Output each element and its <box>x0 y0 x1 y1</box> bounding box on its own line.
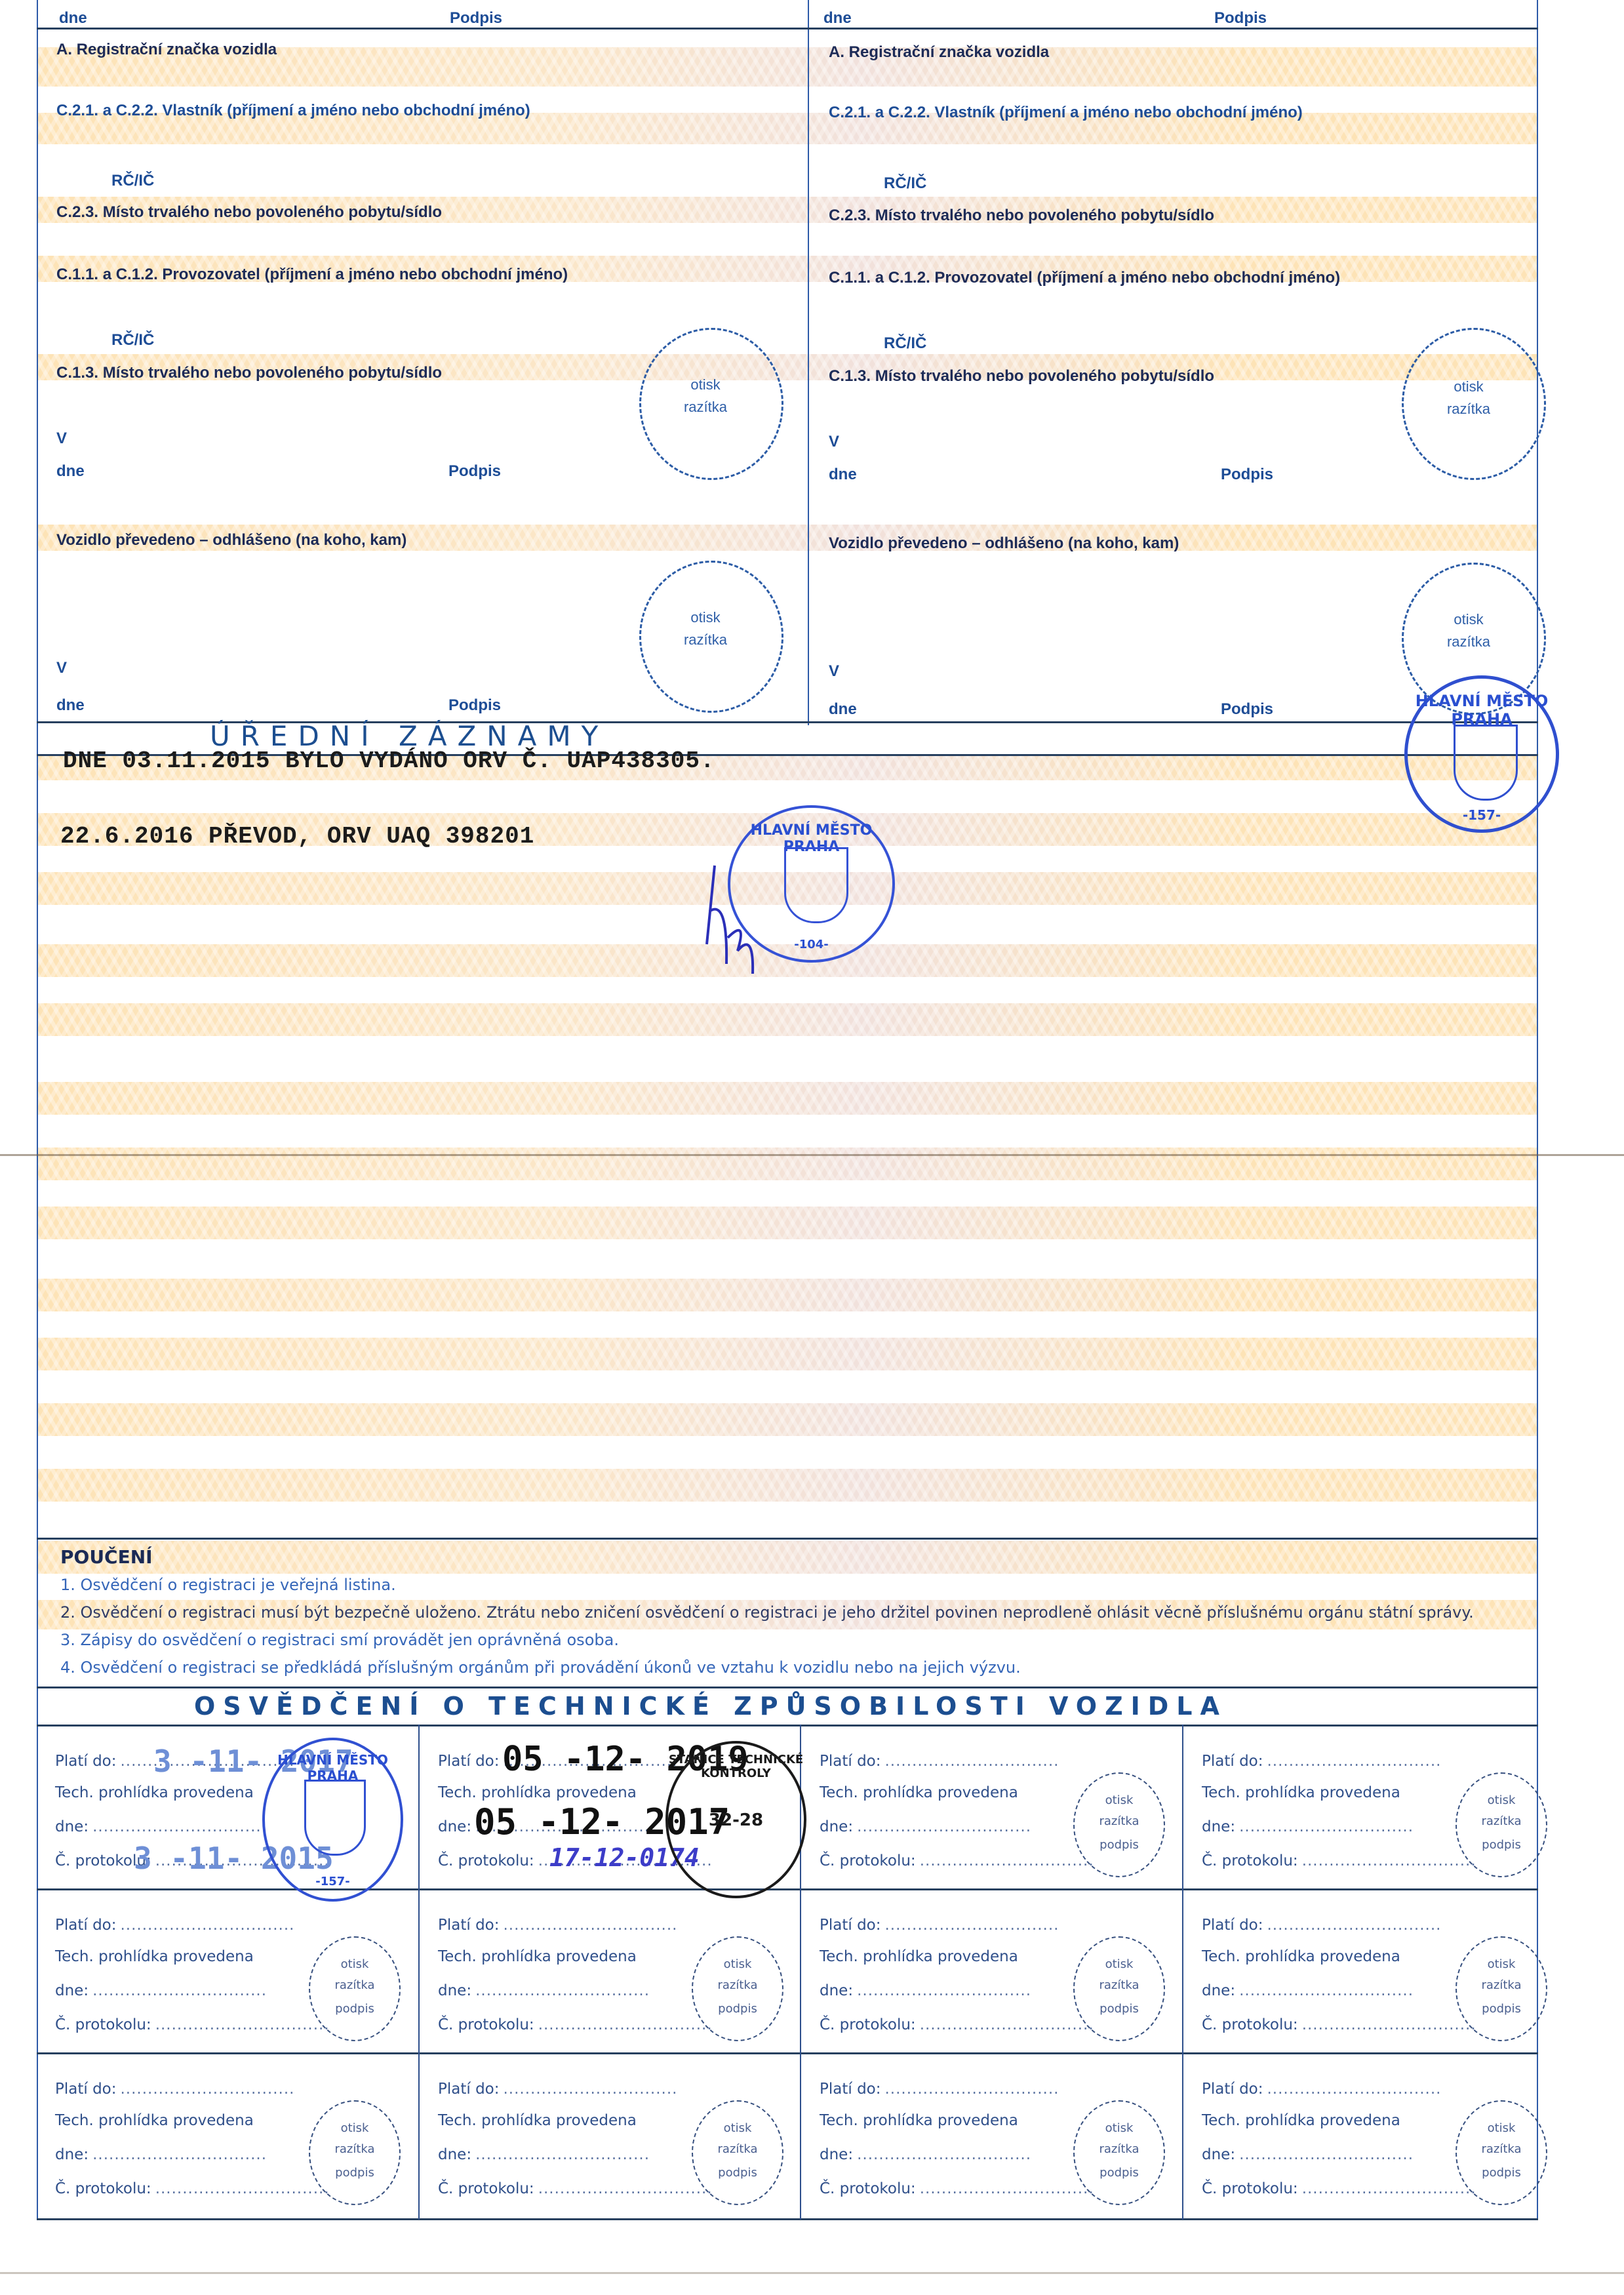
fill-in-dots: ................................ <box>1267 2081 1442 2098</box>
paper-fold-line <box>0 2272 1624 2274</box>
valid-until: Platí do:...............................… <box>55 1753 294 1770</box>
stamp-placeholder-text: razítka <box>1075 1978 1164 1992</box>
inspection-done-label: Tech. prohlídka provedena <box>820 2112 1018 2129</box>
stamp-placeholder-text: otisk razítka <box>1429 609 1508 653</box>
stamp-line-2: razítka <box>1429 631 1508 653</box>
inspection-cell: Platí do:...............................… <box>1183 1726 1566 1890</box>
fill-in-dots: ................................ <box>475 2146 650 2163</box>
fill-in-dots: ................................ <box>857 1818 1031 1835</box>
fill-in-dots: ................................ <box>1302 2016 1476 2033</box>
stamp-line-2: razítka <box>666 629 745 651</box>
operator-label: C.1.1. a C.1.2. Provozovatel (příjmení a… <box>829 269 1340 287</box>
owner-address-label: C.2.3. Místo trvalého nebo povoleného po… <box>56 203 442 222</box>
seal-text: STANICE TECHNICKÉ KONTROLY <box>668 1753 804 1780</box>
stamp-placeholder-text: otisk razítka <box>666 374 745 418</box>
stamp-signature-placeholder: otiskrazítkapodpis <box>1456 2100 1547 2205</box>
inspection-date: dne:................................ <box>1202 1818 1414 1835</box>
stamp-placeholder-text: razítka <box>1075 1814 1164 1828</box>
protocol-number: Č. protokolu:...........................… <box>1202 2180 1476 2197</box>
valid-until: Platí do:...............................… <box>55 2081 294 2098</box>
protocol-number: Č. protokolu:...........................… <box>820 2180 1094 2197</box>
band <box>37 1147 1538 1180</box>
operator-address-label: C.1.3. Místo trvalého nebo povoleného po… <box>829 367 1214 386</box>
inspection-date: dne:................................ <box>55 2146 267 2163</box>
valid-until-label: Platí do: <box>820 2081 881 2098</box>
inspection-date-label: dne: <box>55 1982 89 1999</box>
inspection-done: Tech. prohlídka provedena <box>1202 1784 1400 1801</box>
valid-until-label: Platí do: <box>438 2081 500 2098</box>
fill-in-dots: ................................ <box>885 2081 1060 2098</box>
stamp-placeholder-text: otisk <box>1457 1957 1546 1971</box>
inspection-done-label: Tech. prohlídka provedena <box>820 1784 1018 1801</box>
band <box>37 1403 1538 1436</box>
inspection-date: dne:................................ <box>55 1818 267 1835</box>
fill-in-dots: ................................ <box>1267 1753 1442 1770</box>
stamp-placeholder-text: razítka <box>310 2142 399 2156</box>
stamp-signature-placeholder: otiskrazítkapodpis <box>1073 1936 1165 2041</box>
fill-in-dots: ................................ <box>885 1753 1060 1770</box>
inspection-done-label: Tech. prohlídka provedena <box>1202 1948 1400 1965</box>
valid-until: Platí do:...............................… <box>1202 1753 1441 1770</box>
owner-label: C.2.1. a C.2.2. Vlastník (příjmení a jmé… <box>56 102 530 120</box>
inspection-date-label: dne: <box>55 2146 89 2163</box>
inspection-date-label: dne: <box>438 1818 471 1835</box>
transfer-label: Vozidlo převedeno – odhlášeno (na koho, … <box>56 531 406 549</box>
stamp-signature-placeholder: otiskrazítkapodpis <box>1073 2100 1165 2205</box>
inspection-date: dne:................................ <box>820 2146 1031 2163</box>
top-date-label: dne <box>59 9 87 28</box>
stamp-placeholder-text: podpis <box>1457 2166 1546 2180</box>
stamp-placeholder-text: otisk <box>310 1957 399 1971</box>
inspection-cell: Platí do:...............................… <box>801 1726 1184 1890</box>
seal-number: -157- <box>265 1875 401 1888</box>
divider <box>37 1686 1538 1688</box>
column-divider <box>808 0 809 725</box>
stamp-placeholder-text: otisk <box>1075 1793 1164 1807</box>
fill-in-dots: ................................ <box>1239 1982 1414 1999</box>
stamp-signature-placeholder: otiskrazítkapodpis <box>1456 1772 1547 1877</box>
fill-in-dots: ................................ <box>92 1982 267 1999</box>
record-entry: DNE 03.11.2015 BYLO VYDÁNO ORV Č. UAP438… <box>63 748 715 774</box>
protocol-number: Č. protokolu:...........................… <box>1202 2016 1476 2033</box>
stamp-placeholder-text: podpis <box>1457 2002 1546 2016</box>
band <box>37 1207 1538 1239</box>
protocol-number: Č. protokolu:...........................… <box>55 2180 330 2197</box>
valid-until-label: Platí do: <box>438 1917 500 1934</box>
stamp-placeholder-text: otisk razítka <box>1429 376 1508 420</box>
divider <box>37 2218 1538 2220</box>
stamp-signature-placeholder: otiskrazítkapodpis <box>1456 1936 1547 2041</box>
stamp-placeholder-text: podpis <box>693 2166 782 2180</box>
operator-address-label: C.1.3. Místo trvalého nebo povoleného po… <box>56 364 442 382</box>
stamp-signature-placeholder: otiskrazítkapodpis <box>1073 1772 1165 1877</box>
band <box>37 1082 1538 1115</box>
protocol-number-label: Č. protokolu: <box>438 1852 534 1869</box>
coat-of-arms-icon <box>1454 725 1518 801</box>
fill-in-dots: ................................ <box>538 2180 713 2197</box>
stamp-placeholder-text: podpis <box>1457 1838 1546 1852</box>
band <box>37 1279 1538 1311</box>
valid-until-label: Platí do: <box>55 2081 117 2098</box>
official-seal-prague: HLAVNÍ MĚSTO PRAHA -157- <box>1404 675 1559 833</box>
owner-label: C.2.1. a C.2.2. Vlastník (příjmení a jmé… <box>829 104 1303 122</box>
stamp-line-2: razítka <box>1429 398 1508 420</box>
protocol-number: Č. protokolu:...........................… <box>438 2016 713 2033</box>
inspection-done-label: Tech. prohlídka provedena <box>1202 1784 1400 1801</box>
date-label: dne <box>829 466 857 484</box>
inspection-done: Tech. prohlídka provedena <box>820 1948 1018 1965</box>
valid-until: Platí do:...............................… <box>438 2081 677 2098</box>
stamp-placeholder-text: otisk <box>1075 2121 1164 2135</box>
fill-in-dots: ................................ <box>920 2180 1094 2197</box>
vehicle-registration-certificate-page: dne Podpis dne Podpis A. Registrační zna… <box>0 0 1624 2295</box>
valid-until: Platí do:...............................… <box>438 1917 677 1934</box>
inspection-done-label: Tech. prohlídka provedena <box>438 1948 637 1965</box>
protocol-number-label: Č. protokolu: <box>820 1852 916 1869</box>
seal-text: HLAVNÍ MĚSTO PRAHA <box>265 1752 401 1784</box>
fill-in-dots: ................................ <box>885 1917 1060 1934</box>
valid-until: Platí do:...............................… <box>820 1753 1059 1770</box>
fill-in-dots: ................................ <box>475 1982 650 1999</box>
inspection-date: dne:................................ <box>1202 1982 1414 1999</box>
inspection-done-label: Tech. prohlídka provedena <box>55 2112 254 2129</box>
valid-until-label: Platí do: <box>820 1753 881 1770</box>
stamp-placeholder-text: podpis <box>1075 1838 1164 1852</box>
inspection-done: Tech. prohlídka provedena <box>55 2112 254 2129</box>
date-label: dne <box>56 462 85 481</box>
owner-address-label: C.2.3. Místo trvalého nebo povoleného po… <box>829 207 1214 225</box>
inspection-cell: Platí do:...............................… <box>1183 1890 1566 2054</box>
fill-in-dots: ................................ <box>920 1852 1094 1869</box>
signature-label: Podpis <box>448 462 501 481</box>
coat-of-arms-icon <box>784 847 848 923</box>
valid-until-label: Platí do: <box>1202 2081 1263 2098</box>
inspection-cell: Platí do:...............................… <box>420 2054 802 2218</box>
protocol-number: Č. protokolu:...........................… <box>55 2016 330 2033</box>
stamp-placeholder-text: razítka <box>1457 1814 1546 1828</box>
operator-id-label: RČ/IČ <box>884 334 926 353</box>
transfer-signature-label: Podpis <box>1221 700 1273 719</box>
valid-until-label: Platí do: <box>820 1917 881 1934</box>
fill-in-dots: ................................ <box>92 2146 267 2163</box>
inspection-date: dne:................................05 -… <box>438 1818 650 1835</box>
protocol-number-label: Č. protokolu: <box>820 2180 916 2197</box>
stamp-signature-placeholder: otiskrazítkapodpis <box>692 2100 783 2205</box>
fill-in-dots: ................................ <box>504 2081 678 2098</box>
inspection-date: dne:................................ <box>1202 2146 1414 2163</box>
fill-in-dots: ................................ <box>121 1917 295 1934</box>
coat-of-arms-icon <box>304 1780 366 1856</box>
inspection-date-label: dne: <box>1202 1982 1235 1999</box>
inspection-date: dne:................................ <box>438 1982 650 1999</box>
stamp-placeholder-text: otisk <box>1075 1957 1164 1971</box>
inspection-done-label: Tech. prohlídka provedena <box>55 1948 254 1965</box>
instructions-title: POUČENÍ <box>60 1546 153 1568</box>
stamp-placeholder-text: razítka <box>693 1978 782 1992</box>
inspection-date-label: dne: <box>55 1818 89 1835</box>
operator-label: C.1.1. a C.1.2. Provozovatel (příjmení a… <box>56 266 568 284</box>
inspection-done: Tech. prohlídka provedena <box>1202 2112 1400 2129</box>
inspection-date-label: dne: <box>820 1818 853 1835</box>
stamp-signature-placeholder: otiskrazítkapodpis <box>692 1936 783 2041</box>
inspection-cell: Platí do:...............................… <box>37 1890 420 2054</box>
inspection-date: dne:................................ <box>820 1982 1031 1999</box>
inspection-date-label: dne: <box>438 1982 471 1999</box>
stamp-line-2: razítka <box>666 396 745 418</box>
inspection-done: Tech. prohlídka provedena <box>438 2112 637 2129</box>
seal-text: HLAVNÍ MĚSTO PRAHA <box>1408 692 1556 728</box>
inspection-date: dne:................................ <box>55 1982 267 1999</box>
protocol-number: Č. protokolu:...........................… <box>438 2180 713 2197</box>
stamp-placeholder-text: podpis <box>310 2166 399 2180</box>
inspection-done: Tech. prohlídka provedena <box>820 1784 1018 1801</box>
stamp-placeholder-text: razítka <box>1075 2142 1164 2156</box>
place-label: V <box>56 429 67 448</box>
stamp-line-1: otisk <box>1429 376 1508 398</box>
stamp-placeholder-text: otisk <box>310 2121 399 2135</box>
stamp-line-1: otisk <box>1429 609 1508 631</box>
technical-inspection-station-seal: STANICE TECHNICKÉ KONTROLY 32-28 <box>665 1741 806 1898</box>
valid-until-label: Platí do: <box>55 1917 117 1934</box>
inspection-done-label: Tech. prohlídka provedena <box>1202 2112 1400 2129</box>
band <box>37 1338 1538 1370</box>
stamp-placeholder-text: otisk <box>1457 2121 1546 2135</box>
fill-in-dots: ................................ <box>857 1982 1031 1999</box>
place-label: V <box>829 433 839 451</box>
inspection-date-label: dne: <box>1202 2146 1235 2163</box>
valid-until-label: Platí do: <box>1202 1917 1263 1934</box>
seal-number: 32-28 <box>668 1810 804 1830</box>
fill-in-dots: ................................ <box>121 2081 295 2098</box>
protocol-number-label: Č. protokolu: <box>438 2016 534 2033</box>
protocol-number: Č. protokolu:...........................… <box>438 1852 713 1869</box>
official-seal-prague: HLAVNÍ MĚSTO PRAHA -157- <box>262 1738 403 1902</box>
inspection-done: Tech. prohlídka provedena <box>820 2112 1018 2129</box>
top-signature-label: Podpis <box>1214 9 1267 28</box>
stamp-placeholder-text: podpis <box>1075 2002 1164 2016</box>
protocol-number-label: Č. protokolu: <box>55 2180 151 2197</box>
stamp-placeholder-text: otisk razítka <box>666 607 745 651</box>
paper-fold-line <box>0 1154 1624 1156</box>
registration-plate-label: A. Registrační značka vozidla <box>829 43 1049 62</box>
inspection-date-label: dne: <box>438 2146 471 2163</box>
transfer-place-label: V <box>56 659 67 677</box>
signature-label: Podpis <box>1221 466 1273 484</box>
inspection-done: Tech. prohlídka provedena <box>438 1948 637 1965</box>
stamp-signature-placeholder: otiskrazítkapodpis <box>309 2100 401 2205</box>
fill-in-dots: ................................ <box>504 1917 678 1934</box>
stamp-placeholder-text: podpis <box>693 2002 782 2016</box>
divider <box>37 28 1538 30</box>
protocol-number: Č. protokolu:...........................… <box>820 2016 1094 2033</box>
valid-until: Platí do:...............................… <box>438 1753 677 1770</box>
fill-in-dots: ................................ <box>155 2180 330 2197</box>
inspection-done: Tech. prohlídka provedena <box>438 1784 637 1801</box>
stamp-placeholder-text: podpis <box>310 2002 399 2016</box>
transfer-label: Vozidlo převedeno – odhlášeno (na koho, … <box>829 534 1179 553</box>
fill-in-dots: ................................ <box>1239 2146 1414 2163</box>
owner-id-label: RČ/IČ <box>111 172 154 190</box>
inspection-done-label: Tech. prohlídka provedena <box>820 1948 1018 1965</box>
stamp-placeholder-text: otisk <box>693 1957 782 1971</box>
stamp-signature-placeholder: otiskrazítkapodpis <box>309 1936 401 2041</box>
band <box>37 1003 1538 1036</box>
fill-in-dots: ................................ <box>538 2016 713 2033</box>
seal-number: -157- <box>1408 807 1556 823</box>
fill-in-dots: ................................ <box>1302 1852 1476 1869</box>
protocol-number-label: Č. protokolu: <box>1202 1852 1298 1869</box>
inspection-date: dne:................................ <box>438 2146 650 2163</box>
valid-until: Platí do:...............................… <box>1202 1917 1441 1934</box>
transfer-date-label: dne <box>56 696 85 715</box>
operator-id-label: RČ/IČ <box>111 331 154 349</box>
inspection-cell: Platí do:...............................… <box>801 1890 1184 2054</box>
instruction-item: 2. Osvědčení o registraci musí být bezpe… <box>60 1603 1474 1622</box>
top-signature-label: Podpis <box>450 9 502 28</box>
stamp-placeholder-text: razítka <box>1457 1978 1546 1992</box>
top-date-label: dne <box>823 9 852 28</box>
fill-in-dots: ................................ <box>1239 1818 1414 1835</box>
inspection-cell: Platí do:...............................… <box>1183 2054 1566 2218</box>
inspection-date-label: dne: <box>1202 1818 1235 1835</box>
fill-in-dots: ................................ <box>1267 1917 1442 1934</box>
registration-plate-label: A. Registrační značka vozidla <box>56 41 277 59</box>
valid-until: Platí do:...............................… <box>55 1917 294 1934</box>
inspection-cell: Platí do:...............................… <box>801 2054 1184 2218</box>
inspection-done-label: Tech. prohlídka provedena <box>438 1784 637 1801</box>
protocol-number: Č. protokolu:...........................… <box>1202 1852 1476 1869</box>
stamp-placeholder-text: razítka <box>1457 2142 1546 2156</box>
fill-in-dots: ................................ <box>155 2016 330 2033</box>
inspection-done: Tech. prohlídka provedena <box>55 1784 254 1801</box>
inspection-date: dne:................................ <box>820 1818 1031 1835</box>
protocol-number: Č. protokolu:...........................… <box>820 1852 1094 1869</box>
stamp-placeholder-text: razítka <box>693 2142 782 2156</box>
stamp-placeholder-text: podpis <box>1075 2166 1164 2180</box>
fill-in-dots: ................................ <box>92 1818 267 1835</box>
protocol-number-label: Č. protokolu: <box>1202 2016 1298 2033</box>
inspection-cell: Platí do:...............................… <box>37 2054 420 2218</box>
transfer-signature-label: Podpis <box>448 696 501 715</box>
instruction-item: 1. Osvědčení o registraci je veřejná lis… <box>60 1576 396 1594</box>
signature-scribble-icon <box>702 859 780 977</box>
stamp-placeholder-text: otisk <box>1457 1793 1546 1807</box>
protocol-number-label: Č. protokolu: <box>438 2180 534 2197</box>
transfer-place-label: V <box>829 662 839 681</box>
inspection-done: Tech. prohlídka provedena <box>55 1948 254 1965</box>
band <box>37 1469 1538 1502</box>
valid-until-label: Platí do: <box>1202 1753 1263 1770</box>
inspection-date-label: dne: <box>820 1982 853 1999</box>
protocol-number-label: Č. protokolu: <box>1202 2180 1298 2197</box>
owner-id-label: RČ/IČ <box>884 174 926 193</box>
record-entry: 22.6.2016 PŘEVOD, ORV UAQ 398201 <box>60 823 534 850</box>
valid-until-label: Platí do: <box>55 1753 117 1770</box>
stamp-line-1: otisk <box>666 607 745 629</box>
valid-until: Platí do:...............................… <box>820 1917 1059 1934</box>
stamp-placeholder-text: otisk <box>693 2121 782 2135</box>
transfer-date-label: dne <box>829 700 857 719</box>
fill-in-dots: ................................ <box>857 2146 1031 2163</box>
fill-in-dots: ................................ <box>920 2016 1094 2033</box>
inspection-done-label: Tech. prohlídka provedena <box>438 2112 637 2129</box>
stamp-line-1: otisk <box>666 374 745 396</box>
protocol-number-label: Č. protokolu: <box>820 2016 916 2033</box>
divider <box>37 1538 1538 1540</box>
inspection-done-label: Tech. prohlídka provedena <box>55 1784 254 1801</box>
fill-in-dots: ................................ <box>1302 2180 1476 2197</box>
valid-until: Platí do:...............................… <box>1202 2081 1441 2098</box>
protocol-number-label: Č. protokolu: <box>55 2016 151 2033</box>
instruction-item: 3. Zápisy do osvědčení o registraci smí … <box>60 1631 619 1649</box>
band <box>37 1541 1538 1574</box>
inspection-cell: Platí do:...............................… <box>420 1890 802 2054</box>
inspection-done: Tech. prohlídka provedena <box>1202 1948 1400 1965</box>
valid-until: Platí do:...............................… <box>820 2081 1059 2098</box>
stamp-placeholder-text: razítka <box>310 1978 399 1992</box>
valid-until-label: Platí do: <box>438 1753 500 1770</box>
inspection-date-label: dne: <box>820 2146 853 2163</box>
instruction-item: 4. Osvědčení o registraci se předkládá p… <box>60 1658 1021 1677</box>
technical-certificate-title: OSVĚDČENÍ O TECHNICKÉ ZPŮSOBILOSTI VOZID… <box>194 1692 1227 1721</box>
